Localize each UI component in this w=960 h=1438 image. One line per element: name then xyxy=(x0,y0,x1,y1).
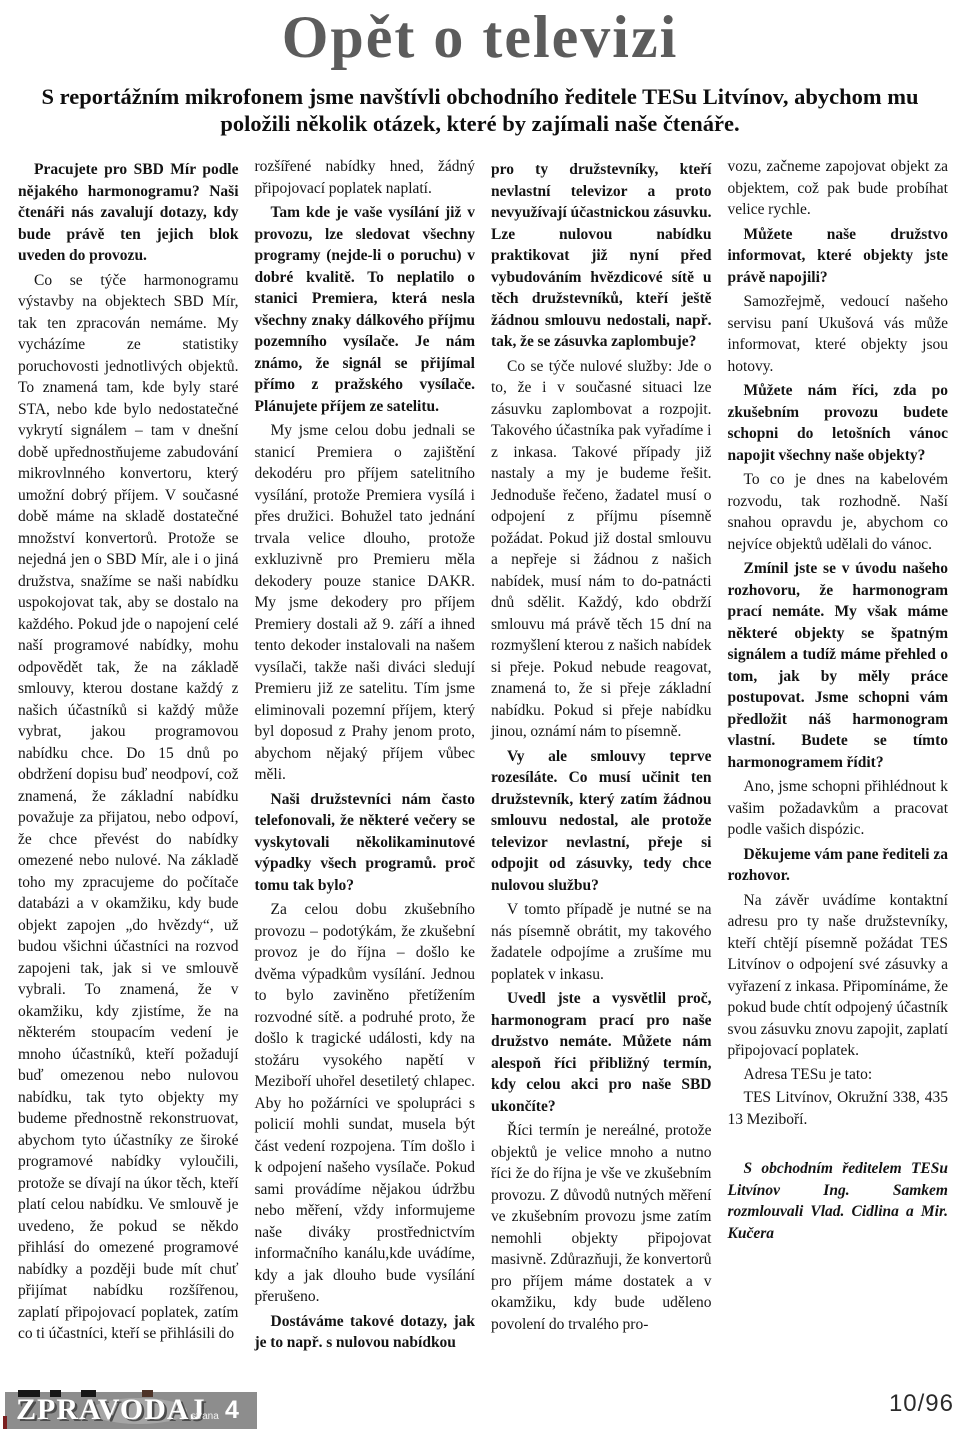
page-subtitle: S reportážním mikrofonem jsme navštívli … xyxy=(22,84,938,137)
page-number: 4 xyxy=(225,1396,239,1425)
article-paragraph: Uvedl jste a vysvětlil proč, harmonogram… xyxy=(491,988,712,1117)
article-column-4: vozu, začneme zapojovat objekt za objekt… xyxy=(728,156,949,1352)
article-paragraph: Co se týče harmonogramu výstavby na obje… xyxy=(18,270,239,1345)
article-paragraph: rozšířené nabídky hned, žádný připojovac… xyxy=(255,156,476,199)
page-title: Opět o televizi xyxy=(0,6,960,69)
article-paragraph: V tomto případě je nutné se na nás písem… xyxy=(491,899,712,985)
article-body: Pracujete pro SBD Mír podle nějakého har… xyxy=(0,156,960,1352)
article-column-2: rozšířené nabídky hned, žádný připojovac… xyxy=(255,156,476,1352)
article-paragraph: To co je dnes na kabelovém rozvodu, tak … xyxy=(728,469,949,555)
article-paragraph: Pracujete pro SBD Mír podle nějakého har… xyxy=(18,159,239,267)
article-paragraph: Naši družstevníci nám často telefonovali… xyxy=(255,789,476,897)
banner-edge-mark xyxy=(3,1416,7,1429)
article-paragraph: Na závěr uvádíme kontaktní adresu pro ty… xyxy=(728,890,949,1062)
footer-banner: ZPRAVODAJ strana 4 xyxy=(5,1392,257,1429)
article-paragraph: Zmínil jste se v úvodu našeho rozhovoru,… xyxy=(728,558,949,773)
article-paragraph: Můžete nám říci, zda po zkušebním provoz… xyxy=(728,380,949,466)
article-paragraph: My jsme celou dobu jednali se stanicí Pr… xyxy=(255,420,476,786)
article-paragraph: Tam kde je vaše vysílání již v provozu, … xyxy=(255,202,476,417)
article-paragraph: Říci termín je nereálné, protože objektů… xyxy=(491,1120,712,1335)
article-paragraph: pro ty družstevníky, kteří nevlastní tel… xyxy=(491,159,712,353)
article-paragraph: Za celou dobu zkušebního provozu – podot… xyxy=(255,899,476,1308)
article-paragraph: S obchodním ředitelem TESu Litvínov Ing.… xyxy=(728,1158,949,1244)
article-paragraph: vozu, začneme zapojovat objekt za objekt… xyxy=(728,156,949,221)
article-paragraph: TES Litvínov, Okružní 338, 435 13 Mezibo… xyxy=(728,1087,949,1130)
masthead-title: ZPRAVODAJ xyxy=(16,1392,206,1428)
page-number-label: strana xyxy=(191,1411,219,1422)
article-column-1: Pracujete pro SBD Mír podle nějakého har… xyxy=(18,156,239,1352)
article-paragraph: Co se týče nulové služby: Jde o to, že i… xyxy=(491,356,712,743)
article-paragraph: Dostáváme takové dotazy, jak je to např.… xyxy=(255,1311,476,1353)
newspaper-page: Opět o televizi S reportážním mikrofonem… xyxy=(0,0,960,1438)
article-paragraph: Děkujeme vám pane řediteli za rozhovor. xyxy=(728,844,949,887)
article-paragraph: Můžete naše družstvo informovat, které o… xyxy=(728,224,949,289)
issue-number: 10/96 xyxy=(889,1390,954,1418)
article-paragraph: Samozřejmě, vedoucí našeho servisu paní … xyxy=(728,291,949,377)
article-paragraph: Vy ale smlouvy teprve rozesíláte. Co mus… xyxy=(491,746,712,897)
article-paragraph: Adresa TESu je tato: xyxy=(728,1064,949,1086)
article-paragraph: Ano, jsme schopni přihlédnout k vašim po… xyxy=(728,776,949,841)
article-column-3: pro ty družstevníky, kteří nevlastní tel… xyxy=(491,156,712,1352)
